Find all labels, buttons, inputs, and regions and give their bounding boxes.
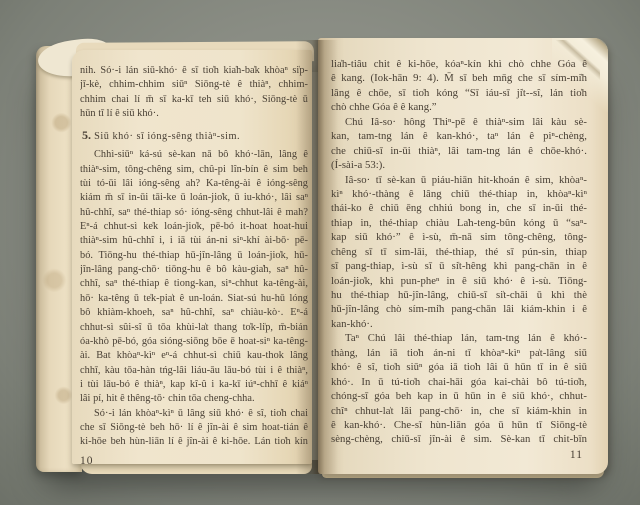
text-line: Chú Iâ-so· hông Thiⁿ-pē ê thiàⁿ-sim lâi … (331, 115, 587, 129)
text-line: kap siū khó·” ê ì-sù, m̄-nā sim tông-chê… (331, 230, 587, 244)
text-line: hū-jîn-lâng chò sím-mi̍h pang-chān lâi k… (331, 302, 587, 316)
text-line: chîⁿ chhut-la̍t lâi pang-chō· in, che sī… (331, 404, 587, 418)
text-line: ê kang. (Iok-hān 9: 4). M̄ sī beh mn̄g c… (331, 71, 587, 85)
text-line: hû-chhî, saⁿ thé-thiap só· ióng-sêng chh… (80, 206, 308, 220)
text-line: khó· ê sî, tio̍h siūⁿ góa iā tio̍h lâi ū… (331, 360, 587, 374)
page-number: 11 (331, 448, 587, 462)
text-line: jī-kè, chhim-chhim siūⁿ Siōng-tè ê thiàⁿ… (80, 78, 308, 92)
text-line: chhî, saⁿ thé-thiap ê tiong-kan, siⁿ-chh… (80, 277, 308, 291)
text-line: hō· ka-têng ū te̍k-pia̍t ê un-loán. Siat… (80, 292, 308, 306)
text-line: Chhì-siūⁿ ká-sú sè-kan nā bô khó·-lān, l… (80, 148, 308, 162)
text-line: lâng ê chōe, sī tio̍h kóng “Sī iáu-sī ji… (331, 86, 587, 100)
text-line: chóng-sī góa beh kap in ū hūn in ê siū k… (331, 389, 587, 403)
text-line: hūn tī lí ê siū khó·. (80, 107, 308, 121)
section-title: Siū khó· sī ióng-sêng thiàⁿ-sim. (91, 131, 240, 142)
text-line: bô khiàm-khoeh, saⁿ hû-chhî, saⁿ chiàu-k… (80, 306, 308, 320)
text-line: Taⁿ Chú lâi thé-thiap lán, tam-tng lán ê… (331, 331, 587, 345)
section-number: 5. (82, 128, 91, 142)
text-line: lâi pí, hit ê thêng-tō· chin tōa cheng-c… (80, 392, 308, 406)
text-line: bó. Tiōng-hu thé-thiap hū-jîn-lâng ū loá… (80, 249, 308, 263)
text-line: Só·-i lán khòaⁿ-kìⁿ ū lâng siū khó· ê sî… (80, 407, 308, 421)
text-line: (Í-sài-a 53:). (331, 158, 587, 172)
text-line: ài. Bat khòaⁿ-kìⁿ eⁿ-á chhut-sì chiū kau… (80, 349, 308, 363)
text-line: Iâ-so· tī sè-kan ū piáu-hiān hit-khoán ê… (331, 173, 587, 187)
text-line: kiám m̄ sī in-ūi tāi-ke ū loán-jio̍k, ū … (80, 191, 308, 205)
photo-background: nih. Só·-i lán siū-khó· ê sī tio̍h kia̍h… (0, 0, 640, 505)
text-line: chhut-sì sûi-sî ū tōa khùi-la̍t thang to… (80, 321, 308, 335)
text-line: lia̍h-tiâu chit ê ki-hōe, kóaⁿ-kín khì c… (331, 57, 587, 71)
text-line: sèng-chèng, chiū-sī jîn-ài ê sim. Sè-kan… (331, 432, 587, 446)
text-line: che sī Siōng-tè beh hō· lí ê jîn-ài ê si… (80, 421, 308, 435)
text-line: che chiū-sī in-ūi thiàⁿ, lâi tam-tng lán… (331, 144, 587, 158)
section-heading: 5. Siū khó· sī ióng-sêng thiàⁿ-sim. (82, 128, 308, 143)
text-line: thiàⁿ-sim, tông-chêng sim, chû-pi lîn-bí… (80, 163, 308, 177)
text-line: thiàⁿ-sim hû-chhî i, i iā tùi án-ni siⁿ-… (80, 234, 308, 248)
text-line: kan-khó·. (331, 317, 587, 331)
left-page-text: nih. Só·-i lán siū-khó· ê sī tio̍h kia̍h… (80, 64, 308, 468)
text-line: khó·. In ū tú-tio̍h chai-hāi góa kai-chà… (331, 375, 587, 389)
text-line: loán-jio̍k, khì pun-pheⁿ in ê siū khó· ê… (331, 274, 587, 288)
text-line: i tùi lāu-bó ê thiàⁿ, kap kî-û i ka-kī i… (80, 378, 308, 392)
text-line: chò chhe Góa ê ê kang.” (331, 100, 587, 114)
text-line: jîn-lâng pang-chō· tiōng-hu ê bô kàu-gia… (80, 263, 308, 277)
text-line: óa-khò pē-bó, góa sióng-siōng bōe ē hoat… (80, 335, 308, 349)
right-page-text: lia̍h-tiâu chit ê ki-hōe, kóaⁿ-kín khì c… (331, 57, 587, 462)
text-line: Eⁿ-á chhut-sì ke̍k loán-jio̍k, pē-bó it-… (80, 220, 308, 234)
text-line: kìⁿ khó·-thàng ê lâng chiū thé-thiap in,… (331, 187, 587, 201)
text-line: sī pang-thiap, ì-sù sī ū si̍t-hêng khì p… (331, 259, 587, 273)
text-line: chhī, kàu tōa-hàn tńg-lâi liáu-āu lāu-bó… (80, 364, 308, 378)
text-line: ki-hōe beh hùn-liān lí ê jîn-ài ê ki-hōe… (80, 435, 308, 449)
text-line: hu thé-thiap hū-jîn-lâng, chiū-sī si̍t-c… (331, 288, 587, 302)
text-line: tùi tó-ūi lâi ióng-sêng ah? Ka-têng-ài ê… (80, 177, 308, 191)
text-line: nih. Só·-i lán siū-khó· ê sī tio̍h kia̍h… (80, 64, 308, 78)
text-line: kan, tam-tng lán ê kan-khó·, taⁿ lán ê p… (331, 129, 587, 143)
text-line: chhim chai lí m̄ sī ka-kī teh siū khó·, … (80, 93, 308, 107)
text-line: ê kan-khó·. Che-sī hùn-liān góa ū hūn tī… (331, 418, 587, 432)
text-line: thàng, lán iā tio̍h án-ni tī khòaⁿ-kìⁿ p… (331, 346, 587, 360)
page-number: 10 (80, 454, 308, 468)
text-line: thiap in, thé-thiap chiàu La̍h-teng-bûn … (331, 216, 587, 230)
text-line: chêng sī tī sim-lāi, thé-thiap, thé sī p… (331, 245, 587, 259)
text-line: thái-ko ê chiū ēng chhiú bong in, che sī… (331, 201, 587, 215)
